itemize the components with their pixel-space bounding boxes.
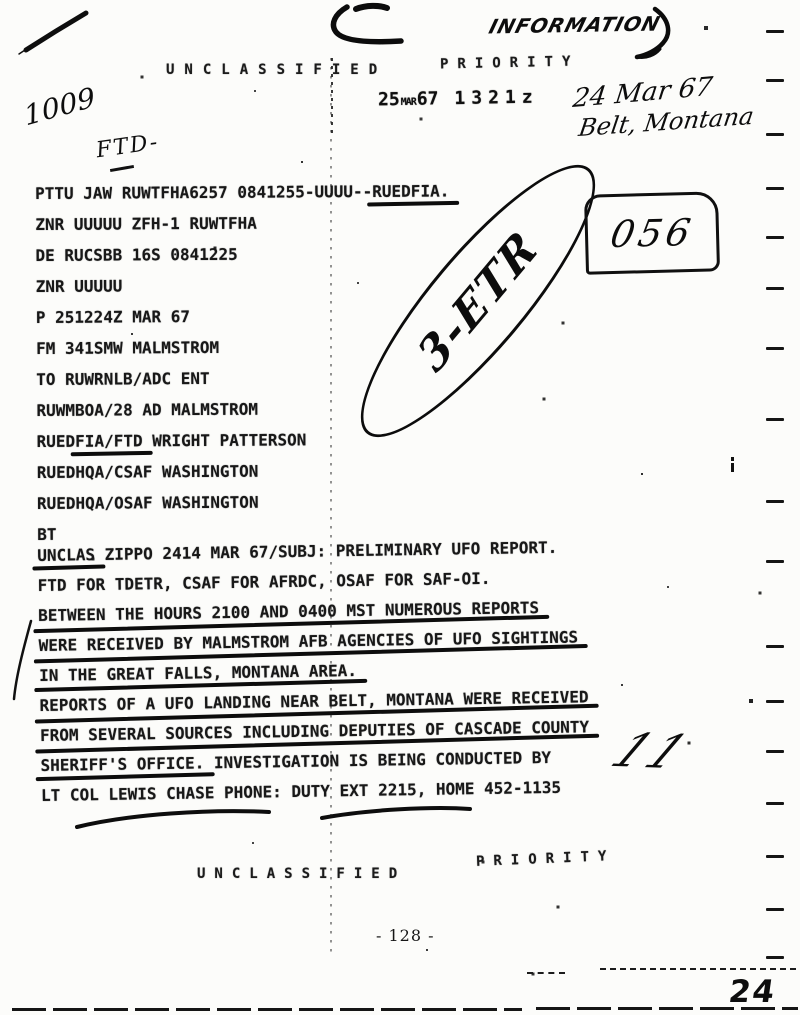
- stamp-year: 67: [417, 88, 439, 109]
- stamp-day: 25: [378, 89, 400, 110]
- handwritten-register-number: 1009: [21, 81, 97, 132]
- margin-tick-mark: [766, 908, 784, 911]
- page-edge-line: [536, 1007, 798, 1010]
- telegram-text-underlined: FROM SEVERAL SOURCES INCLUDING DEPUTIES …: [40, 717, 589, 745]
- margin-tick-mark: [766, 855, 784, 858]
- margin-tick-mark: [766, 802, 784, 805]
- case-number: 056: [607, 210, 698, 255]
- telegram-text-underlined: BETWEEN THE HOURS 2100 AND 0400 MST NUME…: [38, 598, 539, 625]
- ftd-underline-stroke: [110, 165, 134, 172]
- telegram-text: P 251224Z MAR 67: [36, 307, 190, 327]
- hand-underline-phone-2: [322, 808, 470, 818]
- telegram-text: INVESTIGATION IS BEING CONDUCTED BY: [204, 748, 551, 772]
- telegram-text-underlined: UNCLAS: [37, 545, 95, 565]
- telegram-line: ZNR UUUUU: [36, 268, 450, 302]
- margin-tick-mark: [766, 645, 784, 648]
- telegram-line: RUEDHQA/OSAF WASHINGTON: [37, 485, 451, 519]
- footer-classification: UNCLASSIFIED: [197, 866, 406, 882]
- telegram-text: ZNR UUUUU: [36, 276, 123, 296]
- handwritten-corner-number: 24: [726, 974, 778, 1010]
- handwritten-margin-tally: 11: [601, 723, 704, 779]
- telegram-text: RUED: [37, 432, 76, 451]
- telegram-line: P 251224Z MAR 67: [36, 299, 450, 333]
- margin-tick-mark: [766, 956, 784, 959]
- telegram-line: FM 341SMW MALMSTROM: [36, 330, 450, 364]
- telegram-text: DE RUCSBB 16S 0841225: [35, 245, 237, 265]
- telegram-line: PTTU JAW RUWTFHA6257 0841255-UUUU--RUEDF…: [35, 175, 449, 209]
- telegram-text-underlined: IN THE GREAT FALLS, MONTANA AREA.: [39, 661, 357, 685]
- telegram-text: PTTU JAW RUWTFHA6257 0841255-UUUU--: [35, 182, 372, 203]
- left-margin-slash: [14, 621, 31, 699]
- telegram-text-underlined: FIA/FTD: [75, 431, 143, 450]
- telegram-line: TO RUWRNLB/ADC ENT: [36, 361, 450, 395]
- bracket-ink-blob: [356, 6, 387, 9]
- telegram-text: ZNR UUUUU ZFH-1 RUWTFHA: [35, 214, 257, 234]
- telegram-text-underlined: RUEDFIA.: [372, 181, 449, 200]
- scan-artifact-mark: [731, 457, 734, 472]
- telegram-text: TO RUWRNLB/ADC ENT: [36, 369, 210, 389]
- margin-tick-mark: [766, 30, 784, 33]
- telegram-text-underlined: SHERIFF'S OFFICE.: [40, 753, 204, 775]
- telegram-text: LT COL LEWIS CHASE PHONE: DUTY EXT 2215,…: [41, 778, 561, 805]
- telegram-line: RUWMBOA/28 AD MALMSTROM: [36, 392, 450, 426]
- hand-underline-phone-1: [77, 811, 269, 827]
- scanned-telegram-page: UNCLASSIFIED PRIORITY 25 MAR 67 1321z IN…: [0, 0, 800, 1015]
- telegram-text-underlined: WERE RECEIVED BY MALMSTROM AFB AGENCIES …: [38, 628, 578, 655]
- telegram-text-underlined: REPORTS OF A UFO LANDING NEAR BELT, MONT…: [39, 687, 588, 715]
- telegram-body-block: UNCLAS ZIPPO 2414 MAR 67/SUBJ: PRELIMINA…: [37, 532, 590, 811]
- telegram-text: ZIPPO 2414 MAR 67/SUBJ: PRELIMINARY UFO …: [95, 538, 558, 564]
- margin-tick-mark: [766, 500, 784, 503]
- received-stamp: 25 MAR 67 1321z: [378, 87, 539, 111]
- telegram-routing-block: PTTU JAW RUWTFHA6257 0841255-UUUU--RUEDF…: [35, 175, 451, 550]
- telegram-text: RUEDHQA/OSAF WASHINGTON: [37, 493, 259, 513]
- handwritten-information-note: INFORMATION: [486, 12, 663, 39]
- margin-tick-mark: [766, 560, 784, 563]
- margin-tick-mark: [766, 700, 784, 703]
- handwritten-ftd-note: FTD-: [95, 130, 161, 164]
- close-paren-flick: [637, 49, 660, 58]
- bottom-dash-line: [527, 972, 565, 974]
- bottom-dash-line: [600, 968, 796, 970]
- open-bracket-stroke: [333, 7, 401, 42]
- page-edge-line: [12, 1008, 522, 1011]
- telegram-line: RUEDFIA/FTD WRIGHT PATTERSON: [37, 423, 451, 457]
- telegram-text: FTD FOR TDETR, CSAF FOR AFRDC, OSAF FOR …: [38, 569, 491, 595]
- margin-tick-mark: [766, 187, 784, 190]
- corner-pen-stroke-tail: [19, 46, 31, 54]
- scan-noise: [0, 0, 2, 2]
- stamp-month: MAR: [401, 97, 416, 108]
- margin-tick-mark: [766, 418, 784, 421]
- margin-tick-mark: [766, 79, 784, 82]
- telegram-text: RUWMBOA/28 AD MALMSTROM: [36, 400, 258, 420]
- margin-tick-mark: [766, 750, 784, 753]
- margin-tick-mark: [766, 133, 784, 136]
- page-number: - 128 -: [376, 926, 435, 945]
- telegram-line: ZNR UUUUU ZFH-1 RUWTFHA: [35, 206, 449, 240]
- header-precedence: PRIORITY: [440, 54, 580, 73]
- stamp-time: 1321z: [454, 87, 539, 109]
- telegram-text: WRIGHT PATTERSON: [143, 430, 307, 450]
- corner-pen-stroke: [26, 13, 86, 50]
- telegram-text: RUEDHQA/CSAF WASHINGTON: [37, 462, 259, 482]
- header-classification: UNCLASSIFIED: [166, 62, 387, 78]
- telegram-line: RUEDHQA/CSAF WASHINGTON: [37, 454, 451, 488]
- footer-precedence: PRIORITY: [476, 848, 616, 870]
- telegram-text: FM 341SMW MALMSTROM: [36, 338, 219, 358]
- margin-tick-mark: [766, 347, 784, 350]
- margin-tick-mark: [766, 236, 784, 239]
- margin-tick-mark: [766, 287, 784, 290]
- hand-drawn-box: 056: [584, 191, 720, 274]
- telegram-line: DE RUCSBB 16S 0841225: [35, 237, 449, 271]
